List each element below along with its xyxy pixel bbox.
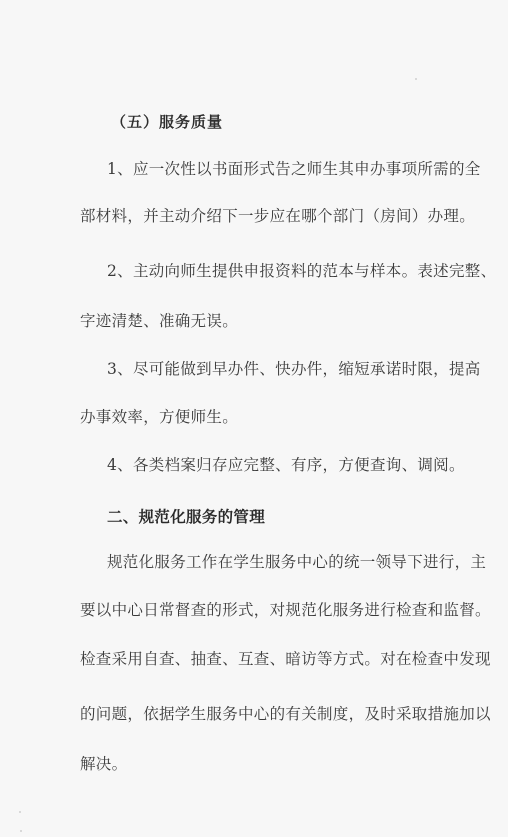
item-3-line-2: 办事效率，方便师生。 — [80, 407, 238, 427]
item-3-line-1: 3、尽可能做到早办件、快办件，缩短承诺时限，提高 — [107, 359, 481, 379]
paragraph-line-4: 的问题，依据学生服务中心的有关制度，及时采取措施加以 — [80, 704, 491, 724]
paragraph-line-1: 规范化服务工作在学生服务中心的统一领导下进行，主 — [107, 552, 486, 572]
section-heading-service-quality: （五）服务质量 — [111, 112, 223, 132]
section-heading-standardized-service-management: 二、规范化服务的管理 — [107, 507, 265, 527]
item-2-line-2: 字迹清楚、准确无误。 — [80, 311, 238, 331]
scanned-document-page: （五）服务质量 1、应一次性以书面形式告之师生其申办事项所需的全 部材料，并主动… — [0, 0, 508, 837]
scan-speck — [19, 811, 21, 813]
item-4-line-1: 4、各类档案归存应完整、有序，方便查询、调阅。 — [107, 455, 465, 475]
item-2-line-1: 2、主动向师生提供申报资料的范本与样本。表述完整、 — [107, 261, 496, 281]
item-1-line-1: 1、应一次性以书面形式告之师生其申办事项所需的全 — [107, 159, 439, 179]
item-1-line-2: 部材料，并主动介绍下一步应在哪个部门（房间）办理。 — [80, 206, 475, 226]
scan-speck — [415, 78, 417, 80]
paragraph-line-3: 检查采用自查、抽查、互查、暗访等方式。对在检查中发现 — [80, 649, 491, 669]
scan-speck — [20, 830, 22, 832]
paragraph-line-5: 解决。 — [80, 754, 127, 774]
paragraph-line-2: 要以中心日常督查的形式，对规范化服务进行检查和监督。 — [80, 600, 491, 620]
